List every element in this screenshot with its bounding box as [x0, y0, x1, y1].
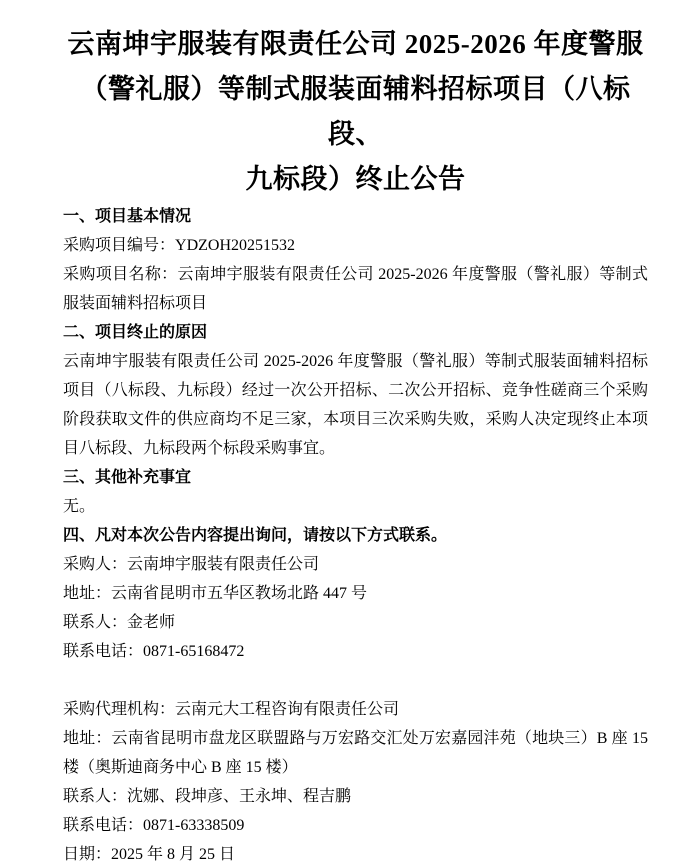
purchaser-phone-label: 联系电话：	[63, 643, 143, 660]
agency-phone-label: 联系电话：	[63, 817, 143, 834]
agency-contact-line: 联系人：沈娜、段坤彦、王永坤、程吉鹏	[63, 782, 648, 811]
page-title-line-2: （警礼服）等制式服装面辅料招标项目（八标段、	[63, 67, 648, 157]
purchaser-phone-line: 联系电话：0871-65168472	[63, 637, 648, 666]
document-body: 一、项目基本情况 采购项目编号：YDZOH20251532 采购项目名称：云南坤…	[63, 202, 648, 862]
project-name-line: 采购项目名称：云南坤宇服装有限责任公司 2025-2026 年度警服（警礼服）等…	[63, 260, 648, 318]
agency-value: 云南元大工程咨询有限责任公司	[175, 701, 399, 718]
purchaser-address-value: 云南省昆明市五华区教场北路 447 号	[111, 585, 367, 602]
spacer-line	[63, 666, 648, 695]
section-1-heading: 一、项目基本情况	[63, 202, 648, 231]
section-2-heading: 二、项目终止的原因	[63, 318, 648, 347]
project-number-label: 采购项目编号：	[63, 237, 175, 254]
agency-label: 采购代理机构：	[63, 701, 175, 718]
purchaser-contact-value: 金老师	[127, 614, 175, 631]
page-title-line-3: 九标段）终止公告	[63, 157, 648, 202]
purchaser-value: 云南坤宇服装有限责任公司	[127, 556, 319, 573]
purchaser-label: 采购人：	[63, 556, 127, 573]
date-line: 日期：2025 年 8 月 25 日	[63, 840, 648, 862]
agency-address-label: 地址：	[63, 730, 112, 747]
page-title-line-1: 云南坤宇服装有限责任公司 2025-2026 年度警服	[63, 22, 648, 67]
project-number-value: YDZOH20251532	[175, 237, 295, 254]
page-title: 云南坤宇服装有限责任公司 2025-2026 年度警服 （警礼服）等制式服装面辅…	[63, 22, 648, 202]
announcement-page: 云南坤宇服装有限责任公司 2025-2026 年度警服 （警礼服）等制式服装面辅…	[0, 0, 698, 862]
agency-phone-value: 0871-63338509	[143, 817, 244, 834]
date-label: 日期：	[63, 846, 111, 862]
agency-address-line: 地址：云南省昆明市盘龙区联盟路与万宏路交汇处万宏嘉园沣苑（地块三）B 座 15 …	[63, 724, 648, 782]
agency-line: 采购代理机构：云南元大工程咨询有限责任公司	[63, 695, 648, 724]
purchaser-line: 采购人：云南坤宇服装有限责任公司	[63, 550, 648, 579]
agency-address-value: 云南省昆明市盘龙区联盟路与万宏路交汇处万宏嘉园沣苑（地块三）B 座 15 楼（奥…	[63, 730, 648, 776]
agency-contact-label: 联系人：	[63, 788, 127, 805]
agency-phone-line: 联系电话：0871-63338509	[63, 811, 648, 840]
purchaser-address-label: 地址：	[63, 585, 111, 602]
project-number-line: 采购项目编号：YDZOH20251532	[63, 231, 648, 260]
purchaser-contact-line: 联系人：金老师	[63, 608, 648, 637]
termination-reason-paragraph: 云南坤宇服装有限责任公司 2025-2026 年度警服（警礼服）等制式服装面辅料…	[63, 347, 648, 463]
supplementary-paragraph: 无。	[63, 492, 648, 521]
purchaser-contact-label: 联系人：	[63, 614, 127, 631]
project-name-label: 采购项目名称：	[63, 266, 178, 283]
section-4-heading: 四、凡对本次公告内容提出询问，请按以下方式联系。	[63, 521, 648, 550]
purchaser-address-line: 地址：云南省昆明市五华区教场北路 447 号	[63, 579, 648, 608]
agency-contact-value: 沈娜、段坤彦、王永坤、程吉鹏	[127, 788, 351, 805]
purchaser-phone-value: 0871-65168472	[143, 643, 244, 660]
section-3-heading: 三、其他补充事宜	[63, 463, 648, 492]
date-value: 2025 年 8 月 25 日	[111, 846, 235, 862]
